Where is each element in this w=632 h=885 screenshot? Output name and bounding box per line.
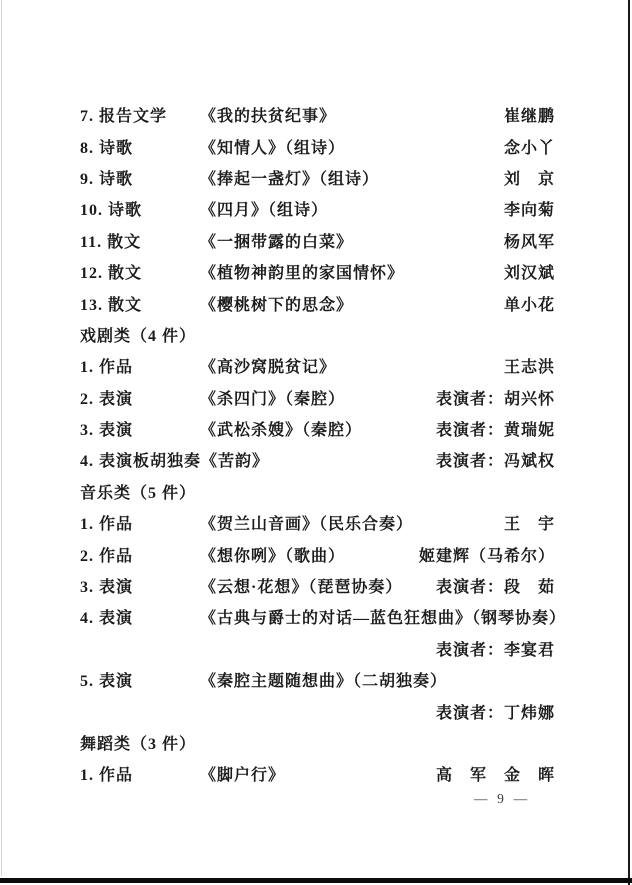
section-header: 舞蹈类（3 件） [80, 727, 555, 758]
author-name: 王 宇 [494, 511, 555, 534]
section-header-label: 音乐类（5 件） [80, 480, 200, 503]
item-number-category: 2. 作品 [80, 543, 200, 566]
list-item: 1. 作品《脚户行》高 军 金 晖 [80, 758, 555, 789]
author-name: 杨风军 [494, 229, 555, 252]
author-name: 表演者：段 茹 [426, 574, 555, 597]
work-title: 《捧起一盏灯》（组诗） [200, 166, 379, 189]
performer-label: 表演者：丁炜娜 [426, 700, 555, 723]
work-title: 《樱桃树下的思念》 [200, 292, 353, 315]
author-name: 刘汉斌 [494, 260, 555, 283]
list-item: 11. 散文《一捆带露的白菜》杨风军 [80, 225, 555, 256]
work-title: 《植物神韵里的家国情怀》 [200, 260, 404, 283]
list-item: 4. 表演板胡独奏《苦韵》表演者：冯斌权 [80, 444, 555, 475]
item-number-category: 12. 散文 [80, 260, 200, 283]
list-item: 3. 表演《云想·花想》（琵琶协奏）表演者：段 茹 [80, 570, 555, 601]
item-number-category: 1. 作品 [80, 354, 200, 377]
document-page: 7. 报告文学《我的扶贫纪事》崔继鹏8. 诗歌《知情人》（组诗）念小丫9. 诗歌… [0, 0, 632, 885]
list-item: 3. 表演《武松杀嫂》（秦腔）表演者：黄瑞妮 [80, 413, 555, 444]
list-item: 10. 诗歌《四月》（组诗）李向菊 [80, 193, 555, 224]
award-list: 7. 报告文学《我的扶贫纪事》崔继鹏8. 诗歌《知情人》（组诗）念小丫9. 诗歌… [80, 99, 555, 790]
list-item-continuation: 表演者：李宴君 [80, 633, 555, 664]
list-item-continuation: 表演者：丁炜娜 [80, 695, 555, 726]
page-number: — 9 — [466, 791, 536, 807]
work-title: 《知情人》（组诗） [200, 135, 345, 158]
item-number-category: 8. 诗歌 [80, 135, 200, 158]
author-name: 刘 京 [494, 166, 555, 189]
list-item: 8. 诗歌《知情人》（组诗）念小丫 [80, 130, 555, 161]
work-title: 《脚户行》 [200, 762, 285, 785]
work-title: 《云想·花想》（琵琶协奏） [200, 574, 402, 597]
list-item: 2. 作品《想你咧》（歌曲）姬建辉（马希尔） [80, 538, 555, 569]
list-item: 1. 作品《高沙窝脱贫记》王志洪 [80, 350, 555, 381]
work-title: 《武松杀嫂》（秦腔） [200, 417, 362, 440]
work-title: 《一捆带露的白菜》 [200, 229, 353, 252]
author-name: 单小花 [494, 292, 555, 315]
author-name: 姬建辉（马希尔） [409, 543, 555, 566]
item-number-category: 13. 散文 [80, 292, 200, 315]
list-item: 4. 表演《古典与爵士的对话—蓝色狂想曲》（钢琴协奏） [80, 601, 555, 632]
list-item: 2. 表演《杀四门》（秦腔）表演者：胡兴怀 [80, 382, 555, 413]
section-header-label: 戏剧类（4 件） [80, 323, 200, 346]
item-number-category: 7. 报告文学 [80, 103, 200, 126]
page-right-edge [628, 0, 630, 885]
item-number-category: 1. 作品 [80, 762, 200, 785]
item-number-category: 3. 表演 [80, 417, 200, 440]
work-title: 《高沙窝脱贫记》 [200, 354, 336, 377]
item-number-category: 4. 表演板胡独奏 [80, 448, 201, 471]
work-title: 《秦腔主题随想曲》（二胡独奏） [200, 668, 447, 691]
item-number-category: 9. 诗歌 [80, 166, 200, 189]
item-number-category: 11. 散文 [80, 229, 200, 252]
work-title: 《我的扶贫纪事》 [200, 103, 336, 126]
work-title: 《苦韵》 [201, 448, 269, 471]
list-item: 13. 散文《樱桃树下的思念》单小花 [80, 287, 555, 318]
author-name: 王志洪 [494, 354, 555, 377]
list-item: 1. 作品《贺兰山音画》（民乐合奏）王 宇 [80, 507, 555, 538]
list-item: 12. 散文《植物神韵里的家国情怀》刘汉斌 [80, 256, 555, 287]
page-bottom-edge [0, 878, 632, 883]
list-item: 7. 报告文学《我的扶贫纪事》崔继鹏 [80, 99, 555, 130]
author-name: 李向菊 [494, 197, 555, 220]
author-name: 表演者：胡兴怀 [426, 386, 555, 409]
list-item: 9. 诗歌《捧起一盏灯》（组诗）刘 京 [80, 162, 555, 193]
work-title: 《四月》（组诗） [200, 197, 328, 220]
work-title: 《想你咧》（歌曲） [200, 543, 345, 566]
author-name: 表演者：黄瑞妮 [426, 417, 555, 440]
item-number-category: 1. 作品 [80, 511, 200, 534]
item-number-category: 2. 表演 [80, 386, 200, 409]
item-number-category: 4. 表演 [80, 605, 200, 628]
item-number-category: 3. 表演 [80, 574, 200, 597]
work-title: 《杀四门》（秦腔） [200, 386, 345, 409]
author-name: 念小丫 [494, 135, 555, 158]
performer-label: 表演者：李宴君 [426, 637, 555, 660]
section-header-label: 舞蹈类（3 件） [80, 731, 200, 754]
author-name: 表演者：冯斌权 [426, 448, 555, 471]
list-item: 5. 表演《秦腔主题随想曲》（二胡独奏） [80, 664, 555, 695]
work-title: 《贺兰山音画》（民乐合奏） [200, 511, 413, 534]
author-name: 高 军 金 晖 [426, 762, 555, 785]
author-name: 崔继鹏 [494, 103, 555, 126]
work-title: 《古典与爵士的对话—蓝色狂想曲》（钢琴协奏） [200, 605, 566, 628]
section-header: 音乐类（5 件） [80, 476, 555, 507]
item-number-category: 10. 诗歌 [80, 197, 200, 220]
page-left-edge [1, 0, 2, 876]
section-header: 戏剧类（4 件） [80, 319, 555, 350]
item-number-category: 5. 表演 [80, 668, 200, 691]
